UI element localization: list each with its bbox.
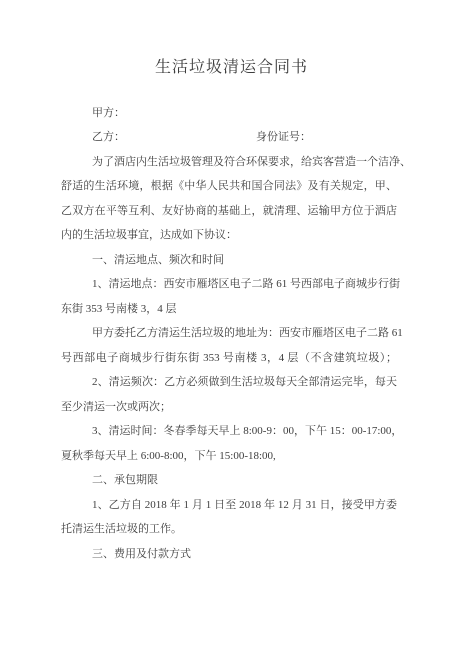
- document-page: 生活垃圾清运合同书 甲方： 乙方： 身份证号： 为了酒店内生活垃圾管理及符合环保…: [0, 0, 463, 655]
- party-a-line: 甲方：: [61, 101, 397, 126]
- contract-line: 东街 353 号南楼 3，4 层: [61, 297, 397, 322]
- party-b-label: 乙方：: [92, 131, 125, 143]
- contract-line: 舒适的生活环境，根据《中华人民共和国合同法》及有关规定，甲、: [61, 174, 397, 199]
- document-body: 甲方： 乙方： 身份证号： 为了酒店内生活垃圾管理及符合环保要求，给宾客营造一个…: [61, 101, 397, 567]
- party-a-label: 甲方：: [92, 107, 125, 119]
- contract-line: 至少清运一次或两次；: [61, 395, 397, 420]
- section-heading: 三、费用及付款方式: [61, 542, 397, 567]
- id-number-label: 身份证号：: [225, 125, 311, 150]
- contract-line: 1、乙方自 2018 年 1 月 1 日至 2018 年 12 月 31 日，接…: [61, 493, 397, 518]
- contract-line: 托清运生活垃圾的工作。: [61, 517, 397, 542]
- contract-line: 内的生活垃圾事宜，达成如下协议：: [61, 223, 397, 248]
- contract-line: 号西部电子商城步行街东街 353 号南楼 3，4 层（不含建筑垃圾）；: [61, 346, 397, 371]
- section-heading: 一、清运地点、频次和时间: [61, 248, 397, 273]
- contract-line: 1、清运地点：西安市雁塔区电子二路 61 号西部电子商城步行街: [61, 272, 397, 297]
- contract-line: 为了酒店内生活垃圾管理及符合环保要求，给宾客营造一个洁净、: [61, 150, 397, 175]
- contract-line: 夏秋季每天早上 6:00-8:00，下午 15:00-18:00,: [61, 444, 397, 469]
- section-heading: 二、承包期限: [61, 468, 397, 493]
- contract-line: 甲方委托乙方清运生活垃圾的地址为：西安市雁塔区电子二路 61: [61, 321, 397, 346]
- contract-line: 3、清运时间：冬春季每天早上 8:00-9：00，下午 15：00-17:00，: [61, 419, 397, 444]
- party-b-line: 乙方： 身份证号：: [61, 125, 397, 150]
- contract-line: 乙双方在平等互利、友好协商的基础上，就清理、运输甲方位于酒店: [61, 199, 397, 224]
- document-title: 生活垃圾清运合同书: [0, 58, 463, 78]
- contract-line: 2、清运频次：乙方必须做到生活垃圾每天全部清运完毕，每天: [61, 370, 397, 395]
